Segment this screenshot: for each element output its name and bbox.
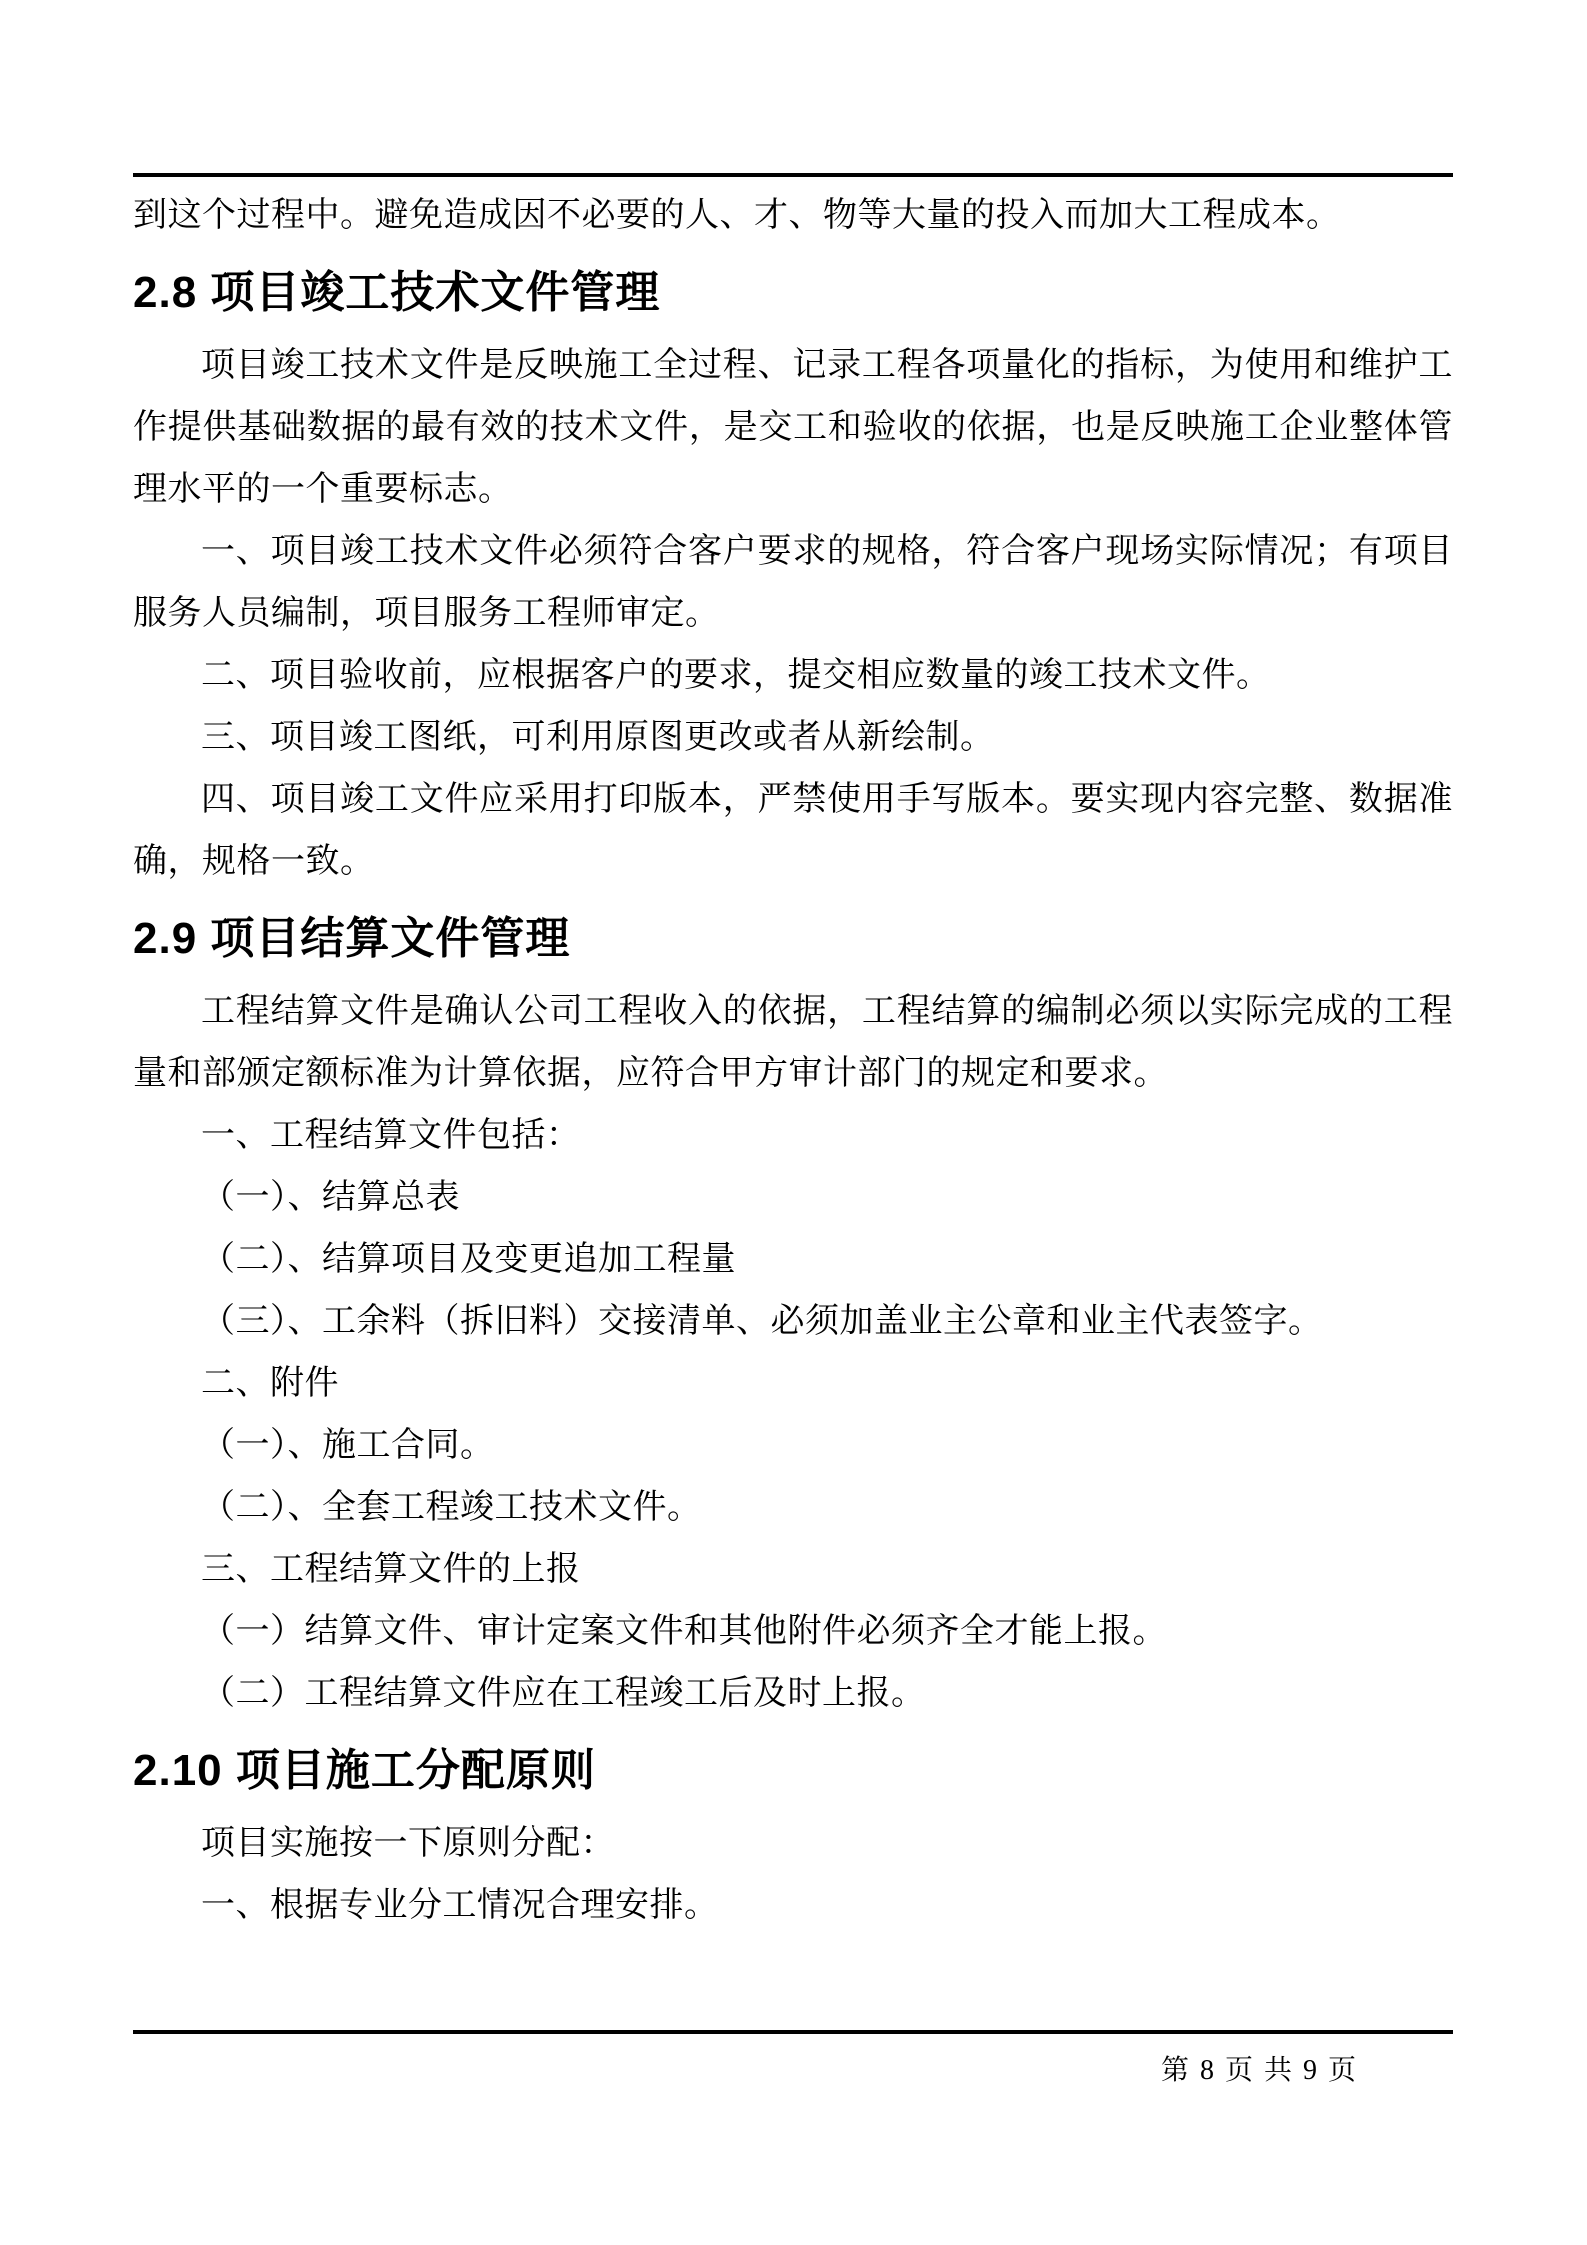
text-column: 到这个过程中。避免造成因不必要的人、才、物等大量的投入而加大工程成本。 2.8 … — [133, 185, 1453, 1937]
list-item: （二）工程结算文件应在工程竣工后及时上报。 — [133, 1663, 1453, 1725]
list-item: （一）、施工合同。 — [133, 1415, 1453, 1477]
list-item: 三、工程结算文件的上报 — [133, 1539, 1453, 1601]
paragraph: 三、项目竣工图纸，可利用原图更改或者从新绘制。 — [133, 707, 1453, 769]
section-heading-2-8: 2.8 项目竣工技术文件管理 — [133, 265, 1453, 321]
section-heading-2-9: 2.9 项目结算文件管理 — [133, 911, 1453, 967]
list-item: 二、附件 — [133, 1353, 1453, 1415]
list-item: （一）、结算总表 — [133, 1167, 1453, 1229]
list-item: （二）、全套工程竣工技术文件。 — [133, 1477, 1453, 1539]
paragraph: 四、项目竣工文件应采用打印版本，严禁使用手写版本。要实现内容完整、数据准确，规格… — [133, 769, 1453, 893]
footer-rule — [133, 2030, 1453, 2034]
paragraph: 到这个过程中。避免造成因不必要的人、才、物等大量的投入而加大工程成本。 — [133, 185, 1453, 247]
page-footer: 第 8 页 共 9 页 — [133, 2030, 1453, 2088]
list-item: （二）、结算项目及变更追加工程量 — [133, 1229, 1453, 1291]
list-item: （三）、工余料（拆旧料）交接清单、必须加盖业主公章和业主代表签字。 — [133, 1291, 1453, 1353]
paragraph: 项目竣工技术文件是反映施工全过程、记录工程各项量化的指标，为使用和维护工作提供基… — [133, 335, 1453, 521]
footer-page-number: 第 8 页 共 9 页 — [133, 2048, 1453, 2088]
document-body: 到这个过程中。避免造成因不必要的人、才、物等大量的投入而加大工程成本。 2.8 … — [133, 173, 1453, 1937]
document-page: 到这个过程中。避免造成因不必要的人、才、物等大量的投入而加大工程成本。 2.8 … — [0, 0, 1587, 2245]
header-rule — [133, 173, 1453, 177]
paragraph: 工程结算文件是确认公司工程收入的依据，工程结算的编制必须以实际完成的工程量和部颁… — [133, 981, 1453, 1105]
paragraph: 二、项目验收前，应根据客户的要求，提交相应数量的竣工技术文件。 — [133, 645, 1453, 707]
paragraph: 一、工程结算文件包括： — [133, 1105, 1453, 1167]
paragraph: 一、根据专业分工情况合理安排。 — [133, 1875, 1453, 1937]
paragraph: 一、项目竣工技术文件必须符合客户要求的规格，符合客户现场实际情况；有项目服务人员… — [133, 521, 1453, 645]
list-item: （一）结算文件、审计定案文件和其他附件必须齐全才能上报。 — [133, 1601, 1453, 1663]
paragraph: 项目实施按一下原则分配： — [133, 1813, 1453, 1875]
section-heading-2-10: 2.10 项目施工分配原则 — [133, 1743, 1453, 1799]
